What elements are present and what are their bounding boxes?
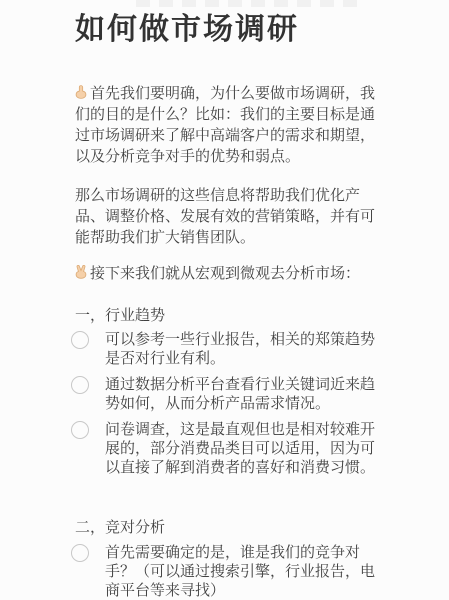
section-heading-competitor-analysis: 二，竞对分析 xyxy=(75,517,376,538)
paragraph-text: 首先我们要明确，为什么要做市场调研，我们的目的是什么？比如：我们的主要目标是通过… xyxy=(75,85,375,165)
todo-item: 可以参考一些行业报告，相关的郑策趋势是否对行业有利。 xyxy=(71,330,376,368)
intro-paragraph-2: 那么市场调研的这些信息将帮助我们优化产品、调整价格、发展有效的营销策略，并有可能… xyxy=(75,185,376,248)
victory-hand-icon xyxy=(75,265,87,279)
todo-text: 首先需要确定的是，谁是我们的竞争对手？（可以通过搜索引擎，行业报告，电商平台等来… xyxy=(105,543,376,600)
pointing-up-icon xyxy=(75,85,87,99)
document-content: 如何做市场调研 首先我们要明确，为什么要做市场调研，我们的目的是什么？比如：我们… xyxy=(0,14,449,600)
intro-paragraph-3: 接下来我们就从宏观到微观去分析市场： xyxy=(75,263,376,284)
page-title: 如何做市场调研 xyxy=(75,14,376,46)
todo-item: 通过数据分析平台查看行业关键词近来趋势如何，从而分析产品需求情况。 xyxy=(71,375,376,413)
todo-text: 通过数据分析平台查看行业关键词近来趋势如何，从而分析产品需求情况。 xyxy=(105,375,376,413)
todo-checkbox[interactable] xyxy=(71,421,89,439)
todo-item: 首先需要确定的是，谁是我们的竞争对手？（可以通过搜索引擎，行业报告，电商平台等来… xyxy=(71,543,376,600)
todo-checkbox[interactable] xyxy=(71,376,89,394)
intro-paragraph-1: 首先我们要明确，为什么要做市场调研，我们的目的是什么？比如：我们的主要目标是通过… xyxy=(75,83,376,167)
paragraph-text: 接下来我们就从宏观到微观去分析市场： xyxy=(90,265,360,282)
todo-text: 问卷调查，这是最直观但也是相对较难开展的，部分消费品类目可以适用，因为可以直接了… xyxy=(105,420,376,477)
paragraph-text: 那么市场调研的这些信息将帮助我们优化产品、调整价格、发展有效的营销策略，并有可能… xyxy=(75,187,375,246)
todo-item: 问卷调查，这是最直观但也是相对较难开展的，部分消费品类目可以适用，因为可以直接了… xyxy=(71,420,376,477)
todo-text: 可以参考一些行业报告，相关的郑策趋势是否对行业有利。 xyxy=(105,330,376,368)
todo-checkbox[interactable] xyxy=(71,331,89,349)
cropped-text-remnant xyxy=(136,0,360,7)
document-page: 如何做市场调研 首先我们要明确，为什么要做市场调研，我们的目的是什么？比如：我们… xyxy=(0,0,449,600)
todo-checkbox[interactable] xyxy=(71,544,89,562)
section-heading-industry-trends: 一，行业趋势 xyxy=(75,305,376,326)
